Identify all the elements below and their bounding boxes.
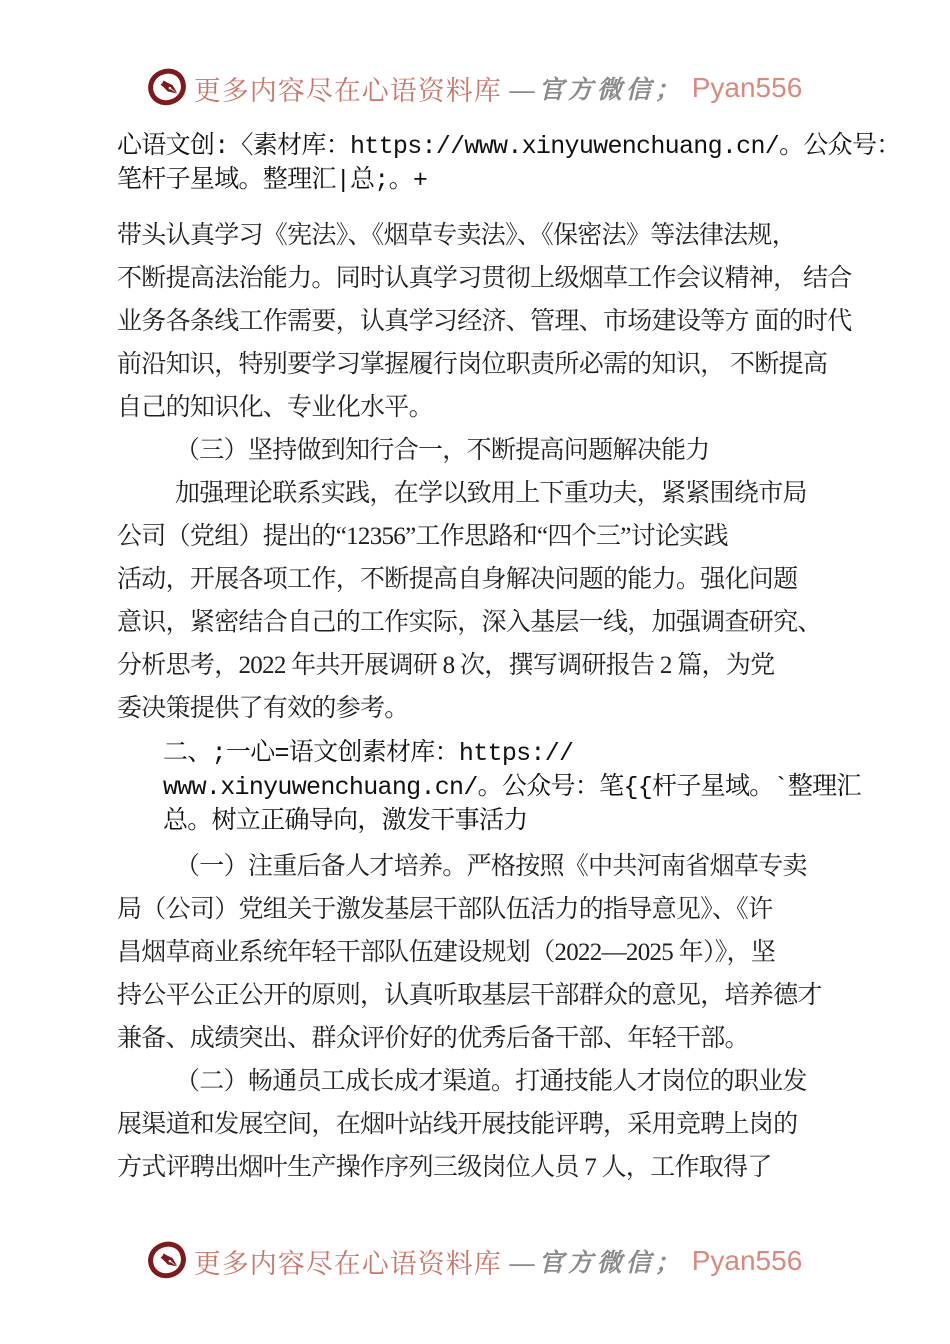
section-study-improvement: 带头认真学习《宪法》、《烟草专卖法》、《保密法》等法律法规， 不断提高法治能力。… (117, 214, 950, 730)
text-line: （一）注重后备人才培养。严格按照《中共河南省烟草专卖 (117, 845, 950, 888)
header-watermark-banner: ✒ 更多内容尽在心语资料库 —官方微信； Pyan556 (0, 62, 950, 114)
text-line: 前沿知识，特别要学习掌握履行岗位职责所必需的知识， 不断提高 (117, 343, 950, 386)
text-line: 方式评聘出烟叶生产操作序列三级岗位人员 7 人，工作取得了 (117, 1146, 950, 1189)
banner-wechat-label: —官方微信； (510, 70, 684, 106)
subsection-heading-three: （三）坚持做到知行合一，不断提高问题解决能力 (117, 429, 950, 472)
text-line: 二、;一心=语文创素材库：https:// (163, 737, 950, 771)
text-line: 分析思考，2022 年共开展调研 8 次，撰写调研报告 2 篇，为党 (117, 644, 950, 687)
text-line: 委决策提供了有效的参考。 (117, 687, 950, 730)
text-line: 心语文创:〈素材库：https://www.xinyuwenchuang.cn/… (117, 130, 950, 164)
source-notice-paragraph: 心语文创:〈素材库：https://www.xinyuwenchuang.cn/… (117, 130, 950, 198)
text-line: 公司（党组）提出的“12356”工作思路和“四个三”讨论实践 (117, 515, 950, 558)
banner-wechat-id: Pyan556 (692, 72, 803, 104)
banner-wechat-label: —官方微信； (510, 1243, 684, 1279)
text-line: 活动，开展各项工作，不断提高自身解决问题的能力。强化问题 (117, 558, 950, 601)
text-line: 展渠道和发展空间，在烟叶站线开展技能评聘，采用竞聘上岗的 (117, 1103, 950, 1146)
banner-wechat-id: Pyan556 (692, 1245, 803, 1277)
pen-nib-circle-icon: ✒ (148, 67, 186, 109)
pen-nib-glyph: ✒ (142, 1236, 194, 1289)
text-line: 业务各条线工作需要，认真学习经济、管理、市场建设等方 面的时代 (117, 300, 950, 343)
text-line: 总。树立正确导向，激发干事活力 (163, 805, 950, 839)
text-line: www.xinyuwenchuang.cn/。公众号：笔{{杆子星域。`整理汇 (163, 771, 950, 805)
text-line: 意识，紧密结合自己的工作实际，深入基层一线，加强调查研究、 (117, 601, 950, 644)
text-line: 不断提高法治能力。同时认真学习贯彻上级烟草工作会议精神， 结合 (117, 257, 950, 300)
pen-nib-circle-icon: ✒ (148, 1240, 186, 1282)
pen-nib-glyph: ✒ (142, 63, 194, 116)
text-line: 笔杆子星域。整理汇|总;。+ (117, 164, 950, 198)
section-talent-development: （一）注重后备人才培养。严格按照《中共河南省烟草专卖 局（公司）党组关于激发基层… (117, 845, 950, 1189)
text-line: 自己的知识化、专业化水平。 (117, 386, 950, 429)
text-line: （二）畅通员工成长成才渠道。打通技能人才岗位的职业发 (117, 1060, 950, 1103)
text-line: 持公平公正公开的原则，认真听取基层干部群众的意见，培养德才 (117, 974, 950, 1017)
text-line: 局（公司）党组关于激发基层干部队伍活力的指导意见》、《许 (117, 888, 950, 931)
watermark-text-block: 二、;一心=语文创素材库：https:// www.xinyuwenchuang… (163, 737, 950, 839)
text-line: 加强理论联系实践，在学以致用上下重功夫，紧紧围绕市局 (117, 472, 950, 515)
text-line: 昌烟草商业系统年轻干部队伍建设规划（2022—2025 年）》，坚 (117, 931, 950, 974)
text-line: 带头认真学习《宪法》、《烟草专卖法》、《保密法》等法律法规， (117, 214, 950, 257)
footer-watermark-banner: ✒ 更多内容尽在心语资料库 —官方微信； Pyan556 (0, 1235, 950, 1287)
banner-tagline: 更多内容尽在心语资料库 (194, 1242, 502, 1281)
banner-tagline: 更多内容尽在心语资料库 (194, 69, 502, 108)
text-line: 兼备、成绩突出、群众评价好的优秀后备干部、年轻干部。 (117, 1017, 950, 1060)
document-page: ✒ 更多内容尽在心语资料库 —官方微信； Pyan556 心语文创:〈素材库：h… (0, 0, 950, 1344)
